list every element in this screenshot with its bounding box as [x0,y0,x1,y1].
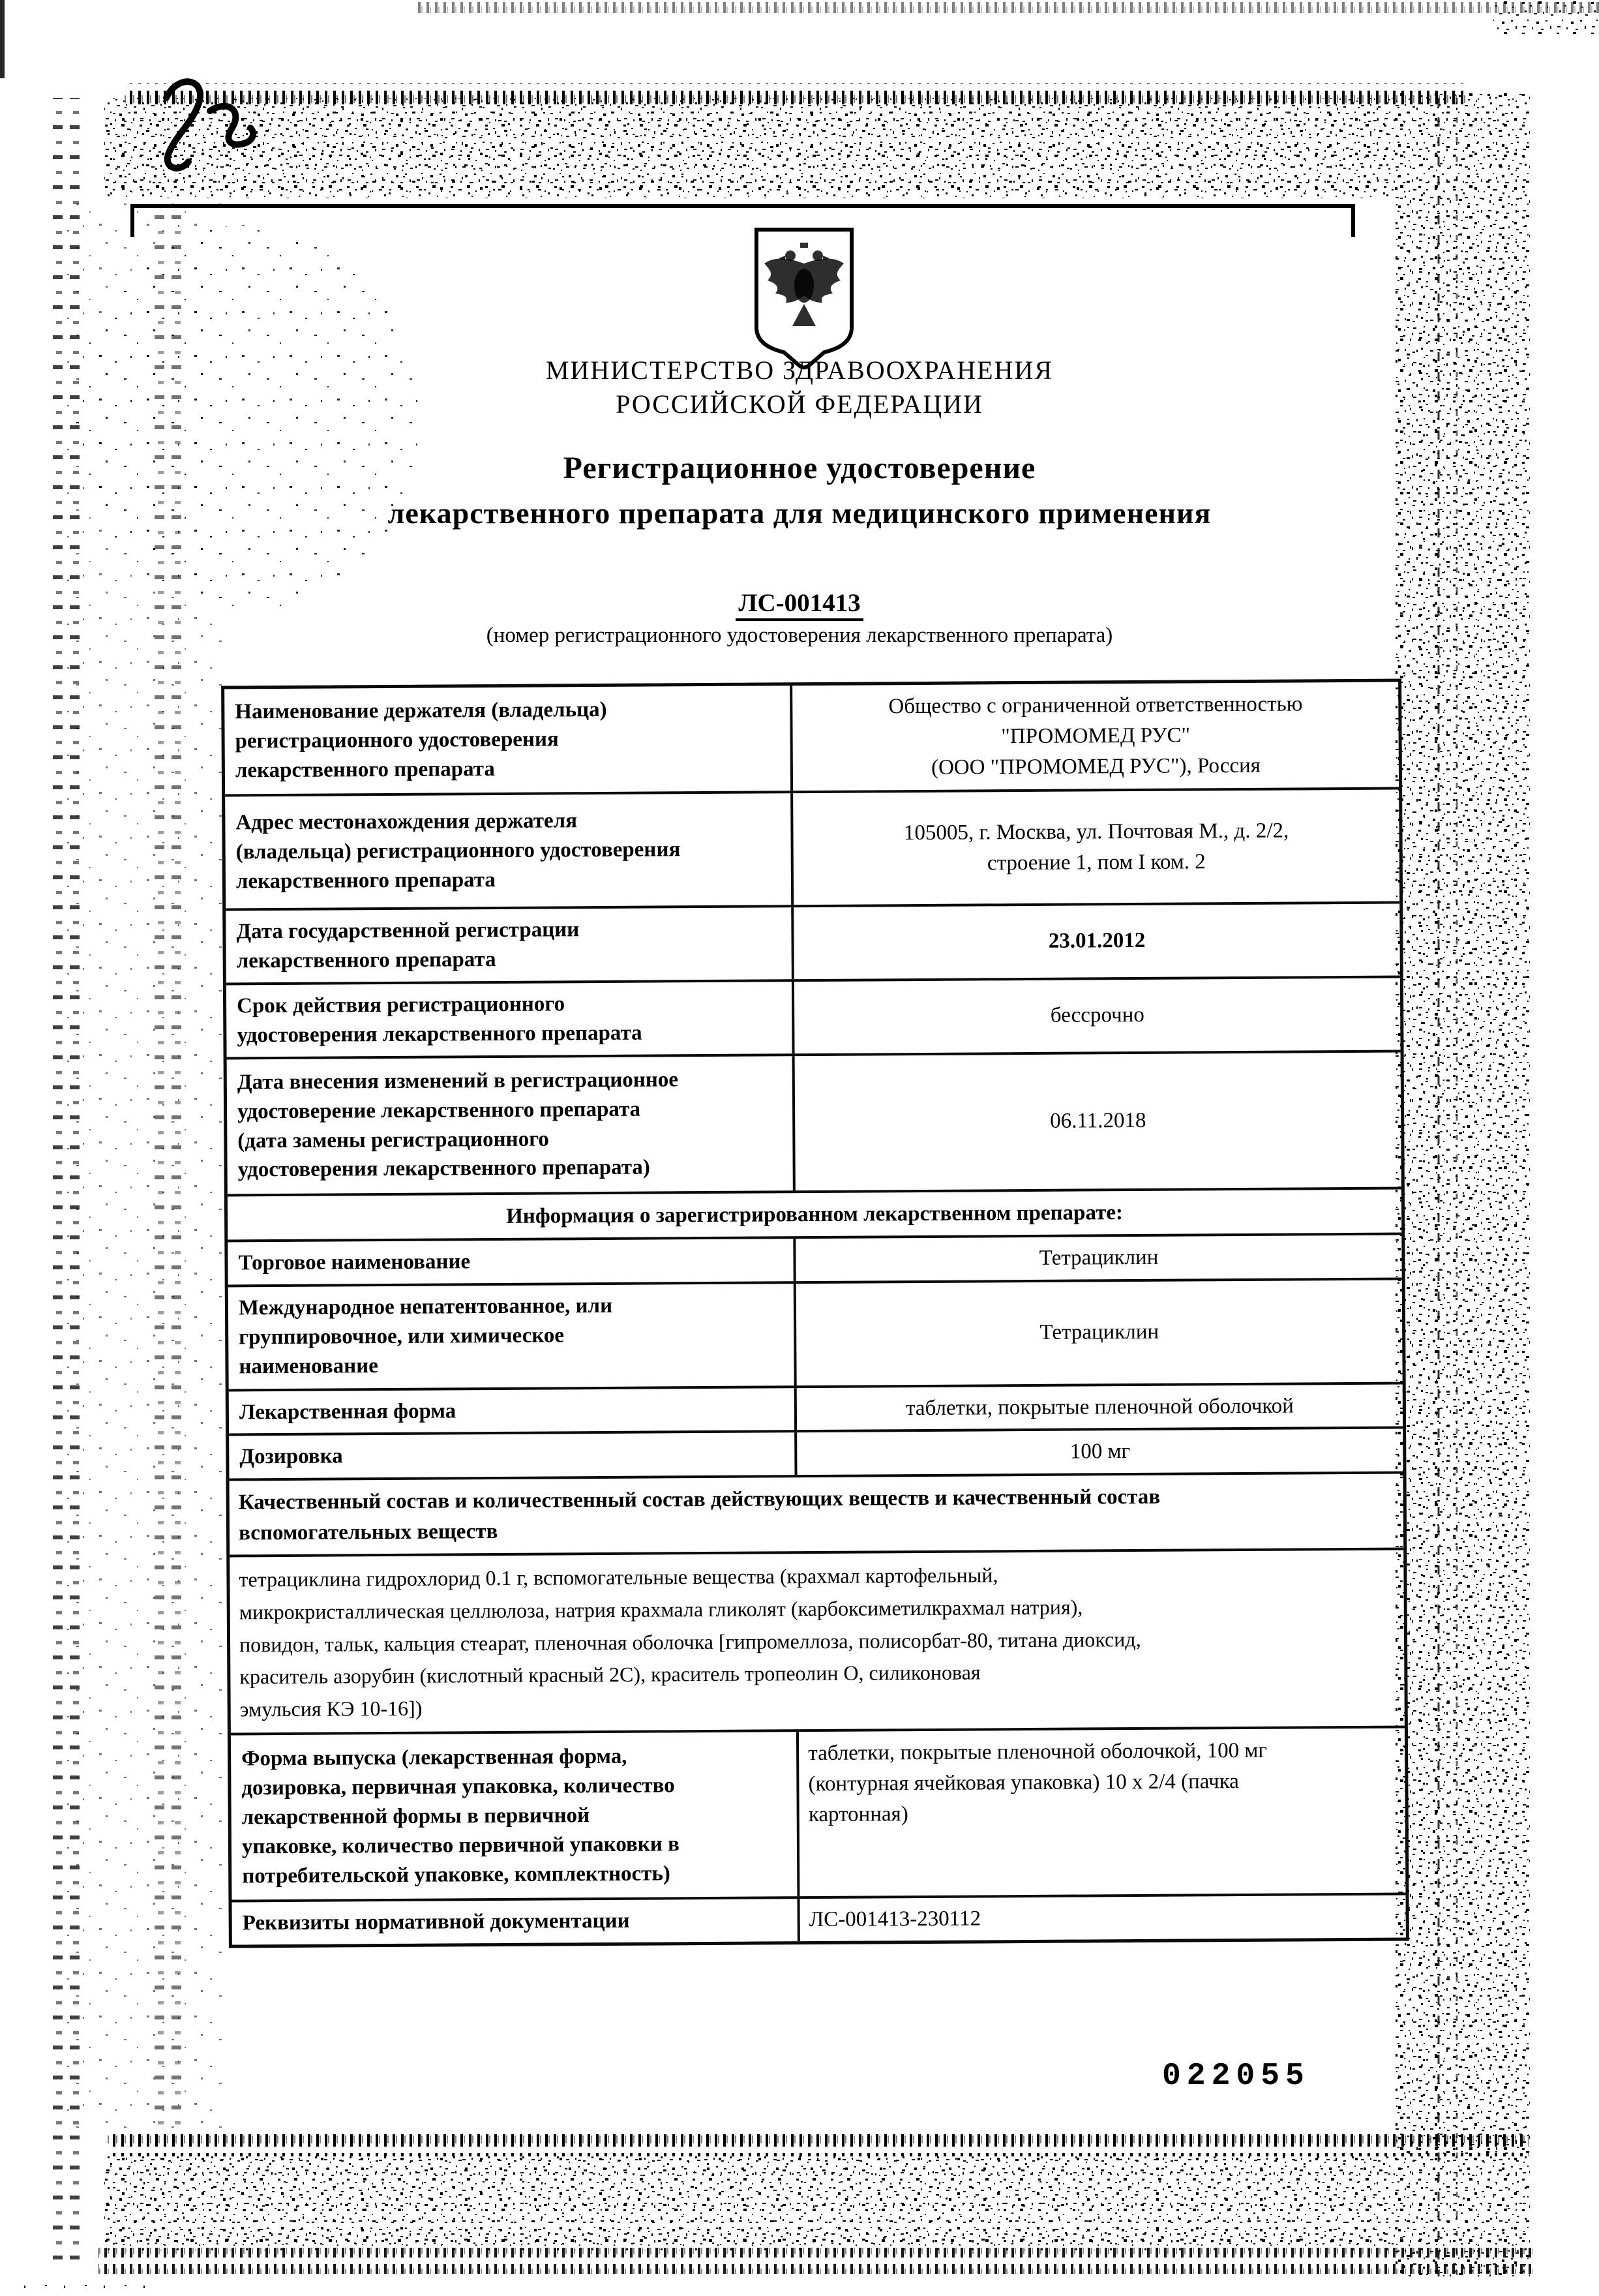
row-value-release-form: таблетки, покрытые пленочной оболочкой, … [799,1729,1405,1897]
left-edge-mark [0,0,5,78]
document-title-line1: Регистрационное удостоверение [0,450,1599,486]
table-row: Дата внесения изменений в регистрационно… [227,1052,1401,1196]
top-band-underline-noise [130,196,1402,198]
registration-details-table: Наименование держателя (владельца) регис… [221,678,1409,1948]
row-label-inn-name: Международное непатентованное, или групп… [228,1284,797,1389]
table-row: тетрациклина гидрохлорид 0.1 г, вспомога… [230,1550,1405,1736]
inner-frame-right-step [1351,204,1355,237]
row-value-normative-docs: ЛС-001413-230112 [800,1896,1406,1942]
table-section-row: Информация о зарегистрированном лекарств… [228,1189,1401,1242]
row-label-release-form: Форма выпуска (лекарственная форма, дози… [231,1732,800,1899]
top-band-speckle-2 [104,98,1530,197]
table-row: Лекарственная форма таблетки, покрытые п… [229,1384,1403,1436]
table-row: Адрес местонахождения держателя (владель… [225,790,1399,911]
scanned-certificate-page: МИНИСТЕРСТВО ЗДРАВООХРАНЕНИЯ РОССИЙСКОЙ … [0,0,1599,2296]
row-label-holder-address: Адрес местонахождения держателя (владель… [225,793,794,908]
table-row: Реквизиты нормативной документации ЛС-00… [232,1896,1406,1945]
inner-frame-top-line [130,204,1355,208]
row-label-validity-period: Срок действия регистрационного удостовер… [226,982,795,1057]
row-label-registration-date: Дата государственной регистрации лекарст… [226,907,794,982]
top-right-corner-noise [1493,0,1599,34]
bottom-band-speckle-2 [104,2154,1530,2250]
table-row: Срок действия регистрационного удостовер… [226,978,1401,1059]
russia-coat-of-arms [756,230,852,368]
document-title-line2: лекарственного препарата для медицинског… [0,496,1599,530]
bottom-left-stray-marks [20,2280,163,2289]
ministry-name-line2: РОССИЙСКОЙ ФЕДЕРАЦИИ [0,389,1599,419]
section-header-drug-info: Информация о зарегистрированном лекарств… [228,1189,1401,1239]
row-label-normative-docs: Реквизиты нормативной документации [232,1899,801,1944]
bottom-band-ticks-bottom [98,2248,1532,2274]
row-value-validity-period: бессрочно [794,978,1400,1053]
table-row: Дозировка 100 мг [229,1429,1403,1481]
table-section-row: Качественный состав и количественный сос… [230,1474,1404,1557]
registration-number: ЛС-001413 [0,588,1599,618]
ministry-name-line1: МИНИСТЕРСТВО ЗДРАВООХРАНЕНИЯ [0,355,1599,385]
row-label-trade-name: Торговое наименование [228,1239,796,1284]
bottom-band-ticks-top [108,2134,1529,2156]
row-label-dosage: Дозировка [229,1433,798,1479]
row-value-inn-name: Тетрациклин [796,1280,1403,1385]
row-label-dosage-form: Лекарственная форма [229,1388,798,1434]
table-row: Форма выпуска (лекарственная форма, дози… [231,1729,1406,1903]
table-row: Международное непатентованное, или групп… [228,1280,1403,1391]
table-row: Дата государственной регистрации лекарст… [226,904,1400,986]
row-value-amendment-date: 06.11.2018 [795,1052,1401,1190]
row-value-dosage: 100 мг [797,1429,1403,1475]
row-value-dosage-form: таблетки, покрытые пленочной оболочкой [797,1384,1403,1430]
row-label-holder-name: Наименование держателя (владельца) регис… [224,686,793,794]
table-row: Наименование держателя (владельца) регис… [224,682,1399,797]
row-value-holder-name: Общество с ограниченной ответственностью… [792,682,1399,791]
registration-number-caption: (номер регистрационного удостоверения ле… [0,624,1599,648]
row-value-trade-name: Тетрациклин [796,1235,1401,1281]
table-row: Торговое наименование Тетрациклин [228,1235,1401,1287]
form-serial-number: 022055 [1162,2059,1310,2094]
row-value-holder-address: 105005, г. Москва, ул. Почтовая М., д. 2… [793,790,1399,905]
top-edge-ticks [417,0,1599,13]
composition-text: тетрациклина гидрохлорид 0.1 г, вспомога… [230,1550,1405,1733]
row-value-registration-date: 23.01.2012 [794,904,1399,979]
section-header-composition: Качественный состав и количественный сос… [230,1474,1404,1554]
row-label-amendment-date: Дата внесения изменений в регистрационно… [227,1056,796,1194]
